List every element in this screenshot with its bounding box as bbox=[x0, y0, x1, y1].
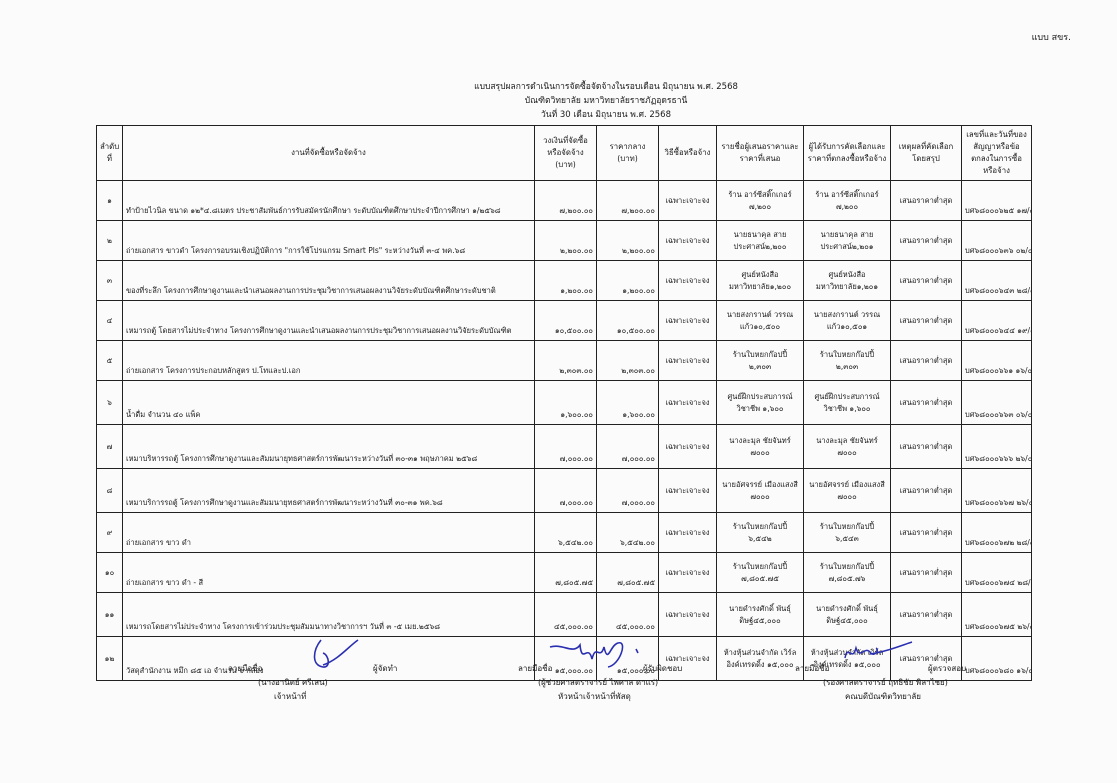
col-header-item: งานที่จัดซื้อหรือจัดจ้าง bbox=[123, 126, 535, 181]
row-number: ๓ bbox=[97, 261, 123, 301]
item-description: ถ่ายเอกสาร ขาวดำ โครงการอบรมเชิงปฏิบัติก… bbox=[123, 221, 535, 261]
procurement-method: เฉพาะเจาะจง bbox=[659, 593, 717, 637]
item-description: เหมารถตู้ โดยสารไม่ประจำทาง โครงการศึกษา… bbox=[123, 301, 535, 341]
item-description: ทำป้ายไวนิล ขนาด ๑๒*๔.๘เมตร ประชาสัมพันธ… bbox=[123, 181, 535, 221]
row-number: ๑๐ bbox=[97, 553, 123, 593]
table-header-row: ลำดับที่ งานที่จัดซื้อหรือจัดจ้าง วงเงิน… bbox=[97, 126, 1032, 181]
bidders-and-prices: นายธนาคุล สาย ประศาสน์๒,๒๐๐ bbox=[717, 221, 804, 261]
row-number: ๘ bbox=[97, 469, 123, 513]
budget-amount: ๗,๒๐๐.๐๐ bbox=[535, 181, 597, 221]
selection-reason: เสนอราคาต่ำสุด bbox=[891, 469, 962, 513]
contract-number-date: บศ๖๘๐๐๐๖๗๔ ๒๘/๐๕/๒๕๖๘ bbox=[962, 553, 1032, 593]
row-number: ๕ bbox=[97, 341, 123, 381]
table-row: ๕ถ่ายเอกสาร โครงการประกอบหลักสูตร ป.โทแล… bbox=[97, 341, 1032, 381]
median-price: ๑,๖๐๐.๐๐ bbox=[597, 381, 659, 425]
bidders-and-prices: นางละมุล ชัยจันทร์ ๗๐๐๐ bbox=[717, 425, 804, 469]
signature-label: ลายมือชื่อ bbox=[795, 662, 829, 675]
row-number: ๔ bbox=[97, 301, 123, 341]
procurement-method: เฉพาะเจาะจง bbox=[659, 221, 717, 261]
bidders-and-prices: ร้านใบหยกก๊อปปี้ ๖,๕๔๒ bbox=[717, 513, 804, 553]
procurement-summary-table: ลำดับที่ งานที่จัดซื้อหรือจัดจ้าง วงเงิน… bbox=[96, 125, 1032, 681]
median-price: ๔๕,๐๐๐.๐๐ bbox=[597, 593, 659, 637]
selection-reason: เสนอราคาต่ำสุด bbox=[891, 381, 962, 425]
table-row: ๑ทำป้ายไวนิล ขนาด ๑๒*๔.๘เมตร ประชาสัมพัน… bbox=[97, 181, 1032, 221]
table-row: ๔เหมารถตู้ โดยสารไม่ประจำทาง โครงการศึกษ… bbox=[97, 301, 1032, 341]
signature-role: ผู้จัดทำ bbox=[373, 662, 397, 675]
signatory-name: (นางอานิตย์ ศรีเสน) bbox=[258, 676, 328, 689]
median-price: ๑,๒๐๐.๐๐ bbox=[597, 261, 659, 301]
median-price: ๗,๘๐๕.๗๕ bbox=[597, 553, 659, 593]
row-number: ๑ bbox=[97, 181, 123, 221]
procurement-method: เฉพาะเจาะจง bbox=[659, 553, 717, 593]
item-description: เหมารถโดยสารไม่ประจำทาง โครงการเข้าร่วมป… bbox=[123, 593, 535, 637]
signature-role: ผู้รับผิดชอบ bbox=[643, 662, 682, 675]
selected-vendor-and-price: นางละมุล ชัยจันทร์ ๗๐๐๐ bbox=[804, 425, 891, 469]
col-header-bidders: รายชื่อผู้เสนอราคาและราคาที่เสนอ bbox=[717, 126, 804, 181]
table-row: ๒ถ่ายเอกสาร ขาวดำ โครงการอบรมเชิงปฏิบัติ… bbox=[97, 221, 1032, 261]
selected-vendor-and-price: ร้าน อาร์ซีสติ๊กเกอร์ ๗,๒๐๐ bbox=[804, 181, 891, 221]
row-number: ๗ bbox=[97, 425, 123, 469]
contract-number-date: บศ๖๘๐๐๐๖๔๔ ๑๙/๐๕/๒๕๖๘ bbox=[962, 301, 1032, 341]
selection-reason: เสนอราคาต่ำสุด bbox=[891, 341, 962, 381]
contract-number-date: บศ๖๘๐๐๐๖๓๖ ๐๒/๐๕/๒๕๖๘ bbox=[962, 221, 1032, 261]
table-row: ๑๐ถ่ายเอกสาร ขาว ดำ - สี๗,๘๐๕.๗๕๗,๘๐๕.๗๕… bbox=[97, 553, 1032, 593]
bidders-and-prices: นายสงกรานต์ วรรณ แก้ว๑๐,๕๐๐ bbox=[717, 301, 804, 341]
median-price: ๗,๐๐๐.๐๐ bbox=[597, 469, 659, 513]
table-row: ๗เหมาบริหารรถตู้ โครงการศึกษาดูงานและสัม… bbox=[97, 425, 1032, 469]
table-row: ๘เหมาบริการรถตู้ โครงการศึกษาดูงานและสัม… bbox=[97, 469, 1032, 513]
table-row: ๑๑เหมารถโดยสารไม่ประจำทาง โครงการเข้าร่ว… bbox=[97, 593, 1032, 637]
item-description: ของที่ระลึก โครงการศึกษาดูงานและนำเสนอผล… bbox=[123, 261, 535, 301]
budget-amount: ๑๐,๕๐๐.๐๐ bbox=[535, 301, 597, 341]
handwritten-signature-icon bbox=[840, 638, 920, 668]
budget-amount: ๒,๒๐๐.๐๐ bbox=[535, 221, 597, 261]
selection-reason: เสนอราคาต่ำสุด bbox=[891, 261, 962, 301]
bidders-and-prices: นายอัศจรรย์ เมืองแสงสี ๗๐๐๐ bbox=[717, 469, 804, 513]
row-number: ๙ bbox=[97, 513, 123, 553]
item-description: ถ่ายเอกสาร โครงการประกอบหลักสูตร ป.โทและ… bbox=[123, 341, 535, 381]
signatory-position: คณบดีบัณฑิตวิทยาลัย bbox=[845, 690, 921, 703]
median-price: ๗,๒๐๐.๐๐ bbox=[597, 181, 659, 221]
procurement-method: เฉพาะเจาะจง bbox=[659, 425, 717, 469]
selected-vendor-and-price: ร้านใบหยกก๊อปปี้ ๒,๓๐๓ bbox=[804, 341, 891, 381]
signatory-position: หัวหน้าเจ้าหน้าที่พัสดุ bbox=[558, 690, 631, 703]
procurement-method: เฉพาะเจาะจง bbox=[659, 341, 717, 381]
selection-reason: เสนอราคาต่ำสุด bbox=[891, 513, 962, 553]
handwritten-signature-icon bbox=[548, 635, 658, 675]
contract-number-date: บศ๖๘๐๐๐๖๔๓ ๒๘/๐๕/๒๕๖๘ bbox=[962, 261, 1032, 301]
signatory-name: (ผู้ช่วยศาสตราจารย์ ไพศาล ดาแร่) bbox=[538, 676, 658, 689]
selected-vendor-and-price: นายสงกรานต์ วรรณ แก้ว๑๐,๕๐๑ bbox=[804, 301, 891, 341]
handwritten-signature-icon bbox=[303, 635, 363, 675]
item-description: เหมาบริหารรถตู้ โครงการศึกษาดูงานและสัมม… bbox=[123, 425, 535, 469]
selection-reason: เสนอราคาต่ำสุด bbox=[891, 593, 962, 637]
table-row: ๓ของที่ระลึก โครงการศึกษาดูงานและนำเสนอผ… bbox=[97, 261, 1032, 301]
col-header-budget: วงเงินที่จัดซื้อหรือจัดจ้าง (บาท) bbox=[535, 126, 597, 181]
contract-number-date: บศ๖๘๐๐๐๖๗๕ ๒๖/๐๓/๒๕๖๘ bbox=[962, 593, 1032, 637]
col-header-reason: เหตุผลที่คัดเลือกโดยสรุป bbox=[891, 126, 962, 181]
budget-amount: ๒,๓๐๓.๐๐ bbox=[535, 341, 597, 381]
bidders-and-prices: นายดำรงศักดิ์ พันธุ์ ดิษฐ์๔๕,๐๐๐ bbox=[717, 593, 804, 637]
selection-reason: เสนอราคาต่ำสุด bbox=[891, 301, 962, 341]
bidders-and-prices: ศูนย์หนังสือ มหาวิทยาลัย๑,๒๐๐ bbox=[717, 261, 804, 301]
item-description: ถ่ายเอกสาร ขาว ดำ - สี bbox=[123, 553, 535, 593]
col-header-winner: ผู้ได้รับการคัดเลือกและราคาที่ตกลงซื้อหร… bbox=[804, 126, 891, 181]
bidders-and-prices: ร้านใบหยกก๊อปปี้ ๒,๓๐๓ bbox=[717, 341, 804, 381]
col-header-contract: เลขที่และวันที่ของสัญญาหรือข้อตกลงในการซ… bbox=[962, 126, 1032, 181]
col-header-method: วิธีซื้อหรือจ้าง bbox=[659, 126, 717, 181]
row-number: ๖ bbox=[97, 381, 123, 425]
median-price: ๒,๒๐๐.๐๐ bbox=[597, 221, 659, 261]
bidders-and-prices: ร้านใบหยกก๊อปปี้ ๗,๘๐๕.๗๕ bbox=[717, 553, 804, 593]
contract-number-date: บศ๖๘๐๐๐๖๗๒ ๒๘/๐๕/๒๕๖๘ bbox=[962, 513, 1032, 553]
row-number: ๒ bbox=[97, 221, 123, 261]
selection-reason: เสนอราคาต่ำสุด bbox=[891, 425, 962, 469]
col-header-no: ลำดับที่ bbox=[97, 126, 123, 181]
contract-number-date: บศ๖๘๐๐๐๖๖๓ ๐๖/๐๖/๒๕๖๘ bbox=[962, 381, 1032, 425]
selected-vendor-and-price: ศูนย์ฝึกประสบการณ์ วิชาชีพ ๑,๖๐๐ bbox=[804, 381, 891, 425]
selection-reason: เสนอราคาต่ำสุด bbox=[891, 181, 962, 221]
selection-reason: เสนอราคาต่ำสุด bbox=[891, 221, 962, 261]
row-number: ๑๑ bbox=[97, 593, 123, 637]
budget-amount: ๖,๕๔๒.๐๐ bbox=[535, 513, 597, 553]
procurement-method: เฉพาะเจาะจง bbox=[659, 513, 717, 553]
procurement-method: เฉพาะเจาะจง bbox=[659, 261, 717, 301]
signature-role: ผู้ตรวจสอบ bbox=[928, 662, 966, 675]
contract-number-date: บศ๖๘๐๐๐๖๒๕ ๑๗/๐๕/๒๕๖๘ bbox=[962, 181, 1032, 221]
organization-name: บัณฑิตวิทยาลัย มหาวิทยาลัยราชภัฏอุดรธานี bbox=[95, 94, 1117, 108]
table-row: ๙ถ่ายเอกสาร ขาว ดำ๖,๕๔๒.๐๐๖,๕๔๒.๐๐เฉพาะเ… bbox=[97, 513, 1032, 553]
selection-reason: เสนอราคาต่ำสุด bbox=[891, 553, 962, 593]
median-price: ๗,๐๐๐.๐๐ bbox=[597, 425, 659, 469]
selected-vendor-and-price: ศูนย์หนังสือ มหาวิทยาลัย๑,๒๐๑ bbox=[804, 261, 891, 301]
table-row: ๖น้ำดื่ม จำนวน ๔๐ แพ็ค๑,๖๐๐.๐๐๑,๖๐๐.๐๐เฉ… bbox=[97, 381, 1032, 425]
selected-vendor-and-price: นายอัศจรรย์ เมืองแสงสี ๗๐๐๐ bbox=[804, 469, 891, 513]
contract-number-date: บศ๖๘๐๐๐๖๖๖ ๒๖/๐๕/๒๕๖๘ bbox=[962, 425, 1032, 469]
item-description: ถ่ายเอกสาร ขาว ดำ bbox=[123, 513, 535, 553]
form-code: แบบ สขร. bbox=[1032, 30, 1071, 44]
contract-number-date: บศ๖๘๐๐๐๖๖๗ ๒๖/๐๕/๒๕๖๘ bbox=[962, 469, 1032, 513]
procurement-method: เฉพาะเจาะจง bbox=[659, 469, 717, 513]
budget-amount: ๔๕,๐๐๐.๐๐ bbox=[535, 593, 597, 637]
signature-label: ลายมือชื่อ bbox=[228, 662, 262, 675]
signatory-position: เจ้าหน้าที่ bbox=[274, 690, 306, 703]
signatory-name: (รองศาสตราจารย์ ฤทธิชัย พิลาไชย) bbox=[823, 676, 948, 689]
procurement-method: เฉพาะเจาะจง bbox=[659, 181, 717, 221]
selected-vendor-and-price: ร้านใบหยกก๊อปปี้ ๗,๘๐๕.๗๖ bbox=[804, 553, 891, 593]
signature-section: ลายมือชื่อ ผู้จัดทำ (นางอานิตย์ ศรีเสน) … bbox=[0, 640, 1117, 730]
bidders-and-prices: ศูนย์ฝึกประสบการณ์ วิชาชีพ ๑,๖๐๐ bbox=[717, 381, 804, 425]
selected-vendor-and-price: ร้านใบหยกก๊อปปี้ ๖,๕๔๓ bbox=[804, 513, 891, 553]
median-price: ๖,๕๔๒.๐๐ bbox=[597, 513, 659, 553]
budget-amount: ๑,๖๐๐.๐๐ bbox=[535, 381, 597, 425]
contract-number-date: บศ๖๘๐๐๐๖๖๑ ๑๖/๐๖/๒๕๖๘ bbox=[962, 341, 1032, 381]
document-header: แบบสรุปผลการดำเนินการจัดซื้อจัดจ้างในรอบ… bbox=[0, 80, 1117, 122]
report-title: แบบสรุปผลการดำเนินการจัดซื้อจัดจ้างในรอบ… bbox=[95, 80, 1117, 94]
selected-vendor-and-price: นายดำรงศักดิ์ พันธุ์ ดิษฐ์๔๕,๐๐๐ bbox=[804, 593, 891, 637]
budget-amount: ๗,๐๐๐.๐๐ bbox=[535, 425, 597, 469]
item-description: เหมาบริการรถตู้ โครงการศึกษาดูงานและสัมม… bbox=[123, 469, 535, 513]
bidders-and-prices: ร้าน อาร์ซีสติ๊กเกอร์ ๗,๒๐๐ bbox=[717, 181, 804, 221]
report-date: วันที่ 30 เดือน มิถุนายน พ.ศ. 2568 bbox=[95, 108, 1117, 122]
budget-amount: ๑,๒๐๐.๐๐ bbox=[535, 261, 597, 301]
col-header-median-price: ราคากลาง (บาท) bbox=[597, 126, 659, 181]
median-price: ๒,๓๐๓.๐๐ bbox=[597, 341, 659, 381]
item-description: น้ำดื่ม จำนวน ๔๐ แพ็ค bbox=[123, 381, 535, 425]
selected-vendor-and-price: นายธนาคุล สาย ประศาสน์๒,๒๐๑ bbox=[804, 221, 891, 261]
budget-amount: ๗,๐๐๐.๐๐ bbox=[535, 469, 597, 513]
median-price: ๑๐,๕๐๐.๐๐ bbox=[597, 301, 659, 341]
budget-amount: ๗,๘๐๕.๗๕ bbox=[535, 553, 597, 593]
procurement-method: เฉพาะเจาะจง bbox=[659, 381, 717, 425]
signature-label: ลายมือชื่อ bbox=[518, 662, 552, 675]
procurement-method: เฉพาะเจาะจง bbox=[659, 301, 717, 341]
